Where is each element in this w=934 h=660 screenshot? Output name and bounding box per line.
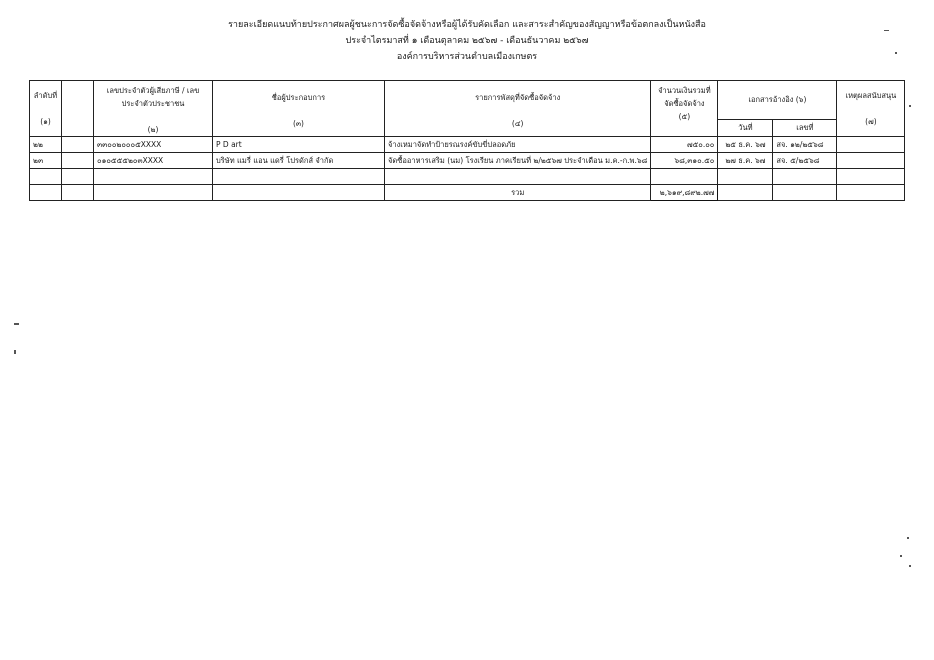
header-reason: เหตุผลสนับสนุน(๗)	[837, 81, 905, 137]
scan-speck	[884, 30, 889, 31]
cell-date	[718, 169, 773, 185]
cell-blank	[62, 169, 94, 185]
cell-date: ๒๗ ธ.ค. ๖๗	[718, 153, 773, 169]
header-amount: จำนวนเงินรวมที่จัดซื้อจัดจ้าง(๕)	[651, 81, 718, 137]
cell-tax-id: ๐๑๐๕๕๕๒๐๓XXXX	[94, 153, 213, 169]
cell-tax-id: ๓๓๐๐๒๐๐๐๕XXXX	[94, 137, 213, 153]
procurement-table: ลำดับที่(๑) เลขประจำตัวผู้เสียภาษี / เลข…	[29, 80, 905, 201]
cell-blank	[62, 153, 94, 169]
header-tax-id: เลขประจำตัวผู้เสียภาษี / เลขประจำตัวประช…	[94, 81, 213, 137]
cell-date: ๒๕ ธ.ค. ๖๗	[718, 137, 773, 153]
header-date: วันที่	[718, 119, 773, 136]
document-title: รายละเอียดแนบท้ายประกาศผลผู้ชนะการจัดซื้…	[0, 19, 934, 31]
cell-no: ๒๓	[30, 153, 62, 169]
header-blank	[62, 81, 94, 137]
cell-no	[30, 169, 62, 185]
cell-ref: สจ. ๕/๒๕๖๘	[773, 153, 837, 169]
cell-vendor: บริษัท แมรี่ แอน แดรี่ โปรดักส์ จำกัด	[213, 153, 385, 169]
cell-reason	[837, 137, 905, 153]
table-row: ๒๒ ๓๓๐๐๒๐๐๐๕XXXX P D art จ้างเหมาจัดทำป้…	[30, 137, 905, 153]
cell-ref	[773, 169, 837, 185]
cell-ref: สจ. ๑๒/๒๕๖๘	[773, 137, 837, 153]
table-row: ๒๓ ๐๑๐๕๕๕๒๐๓XXXX บริษัท แมรี่ แอน แดรี่ …	[30, 153, 905, 169]
cell-vendor: P D art	[213, 137, 385, 153]
cell-amount: ๗๕๐.๐๐	[651, 137, 718, 153]
header-sequence: ลำดับที่(๑)	[30, 81, 62, 137]
cell-vendor	[213, 169, 385, 185]
total-row: รวม ๒,๖๑๙,๘๙๒.๗๗	[30, 185, 905, 201]
scan-speck	[909, 565, 911, 567]
header-vendor: ชื่อผู้ประกอบการ(๓)	[213, 81, 385, 137]
cell-reason	[837, 153, 905, 169]
scan-speck	[895, 52, 897, 54]
total-amount: ๒,๖๑๙,๘๙๒.๗๗	[651, 185, 718, 201]
organization-name: องค์การบริหารส่วนตำบลเมืองเกษตร	[0, 51, 934, 63]
table-row	[30, 169, 905, 185]
header-reference-docs: เอกสารอ้างอิง (๖)	[718, 81, 837, 120]
cell-reason	[837, 169, 905, 185]
cell-amount	[651, 169, 718, 185]
scan-speck	[900, 555, 902, 557]
cell-item	[385, 169, 651, 185]
scan-speck	[14, 323, 19, 325]
cell-item: จัดซื้ออาหารเสริม (นม) โรงเรียน ภาคเรียน…	[385, 153, 651, 169]
header-item: รายการพัสดุที่จัดซื้อจัดจ้าง(๔)	[385, 81, 651, 137]
scan-speck	[907, 537, 909, 539]
scan-speck	[909, 105, 911, 107]
cell-no: ๒๒	[30, 137, 62, 153]
cell-item: จ้างเหมาจัดทำป้ายรณรงค์ขับขี่ปลอดภัย	[385, 137, 651, 153]
cell-blank	[62, 137, 94, 153]
scan-speck	[14, 350, 16, 354]
cell-tax-id	[94, 169, 213, 185]
document-period: ประจำไตรมาสที่ ๑ เดือนตุลาคม ๒๕๖๗ - เดือ…	[0, 35, 934, 47]
header-ref-no: เลขที่	[773, 119, 837, 136]
cell-amount: ๖๘,๓๑๐.๕๐	[651, 153, 718, 169]
total-label: รวม	[385, 185, 651, 201]
